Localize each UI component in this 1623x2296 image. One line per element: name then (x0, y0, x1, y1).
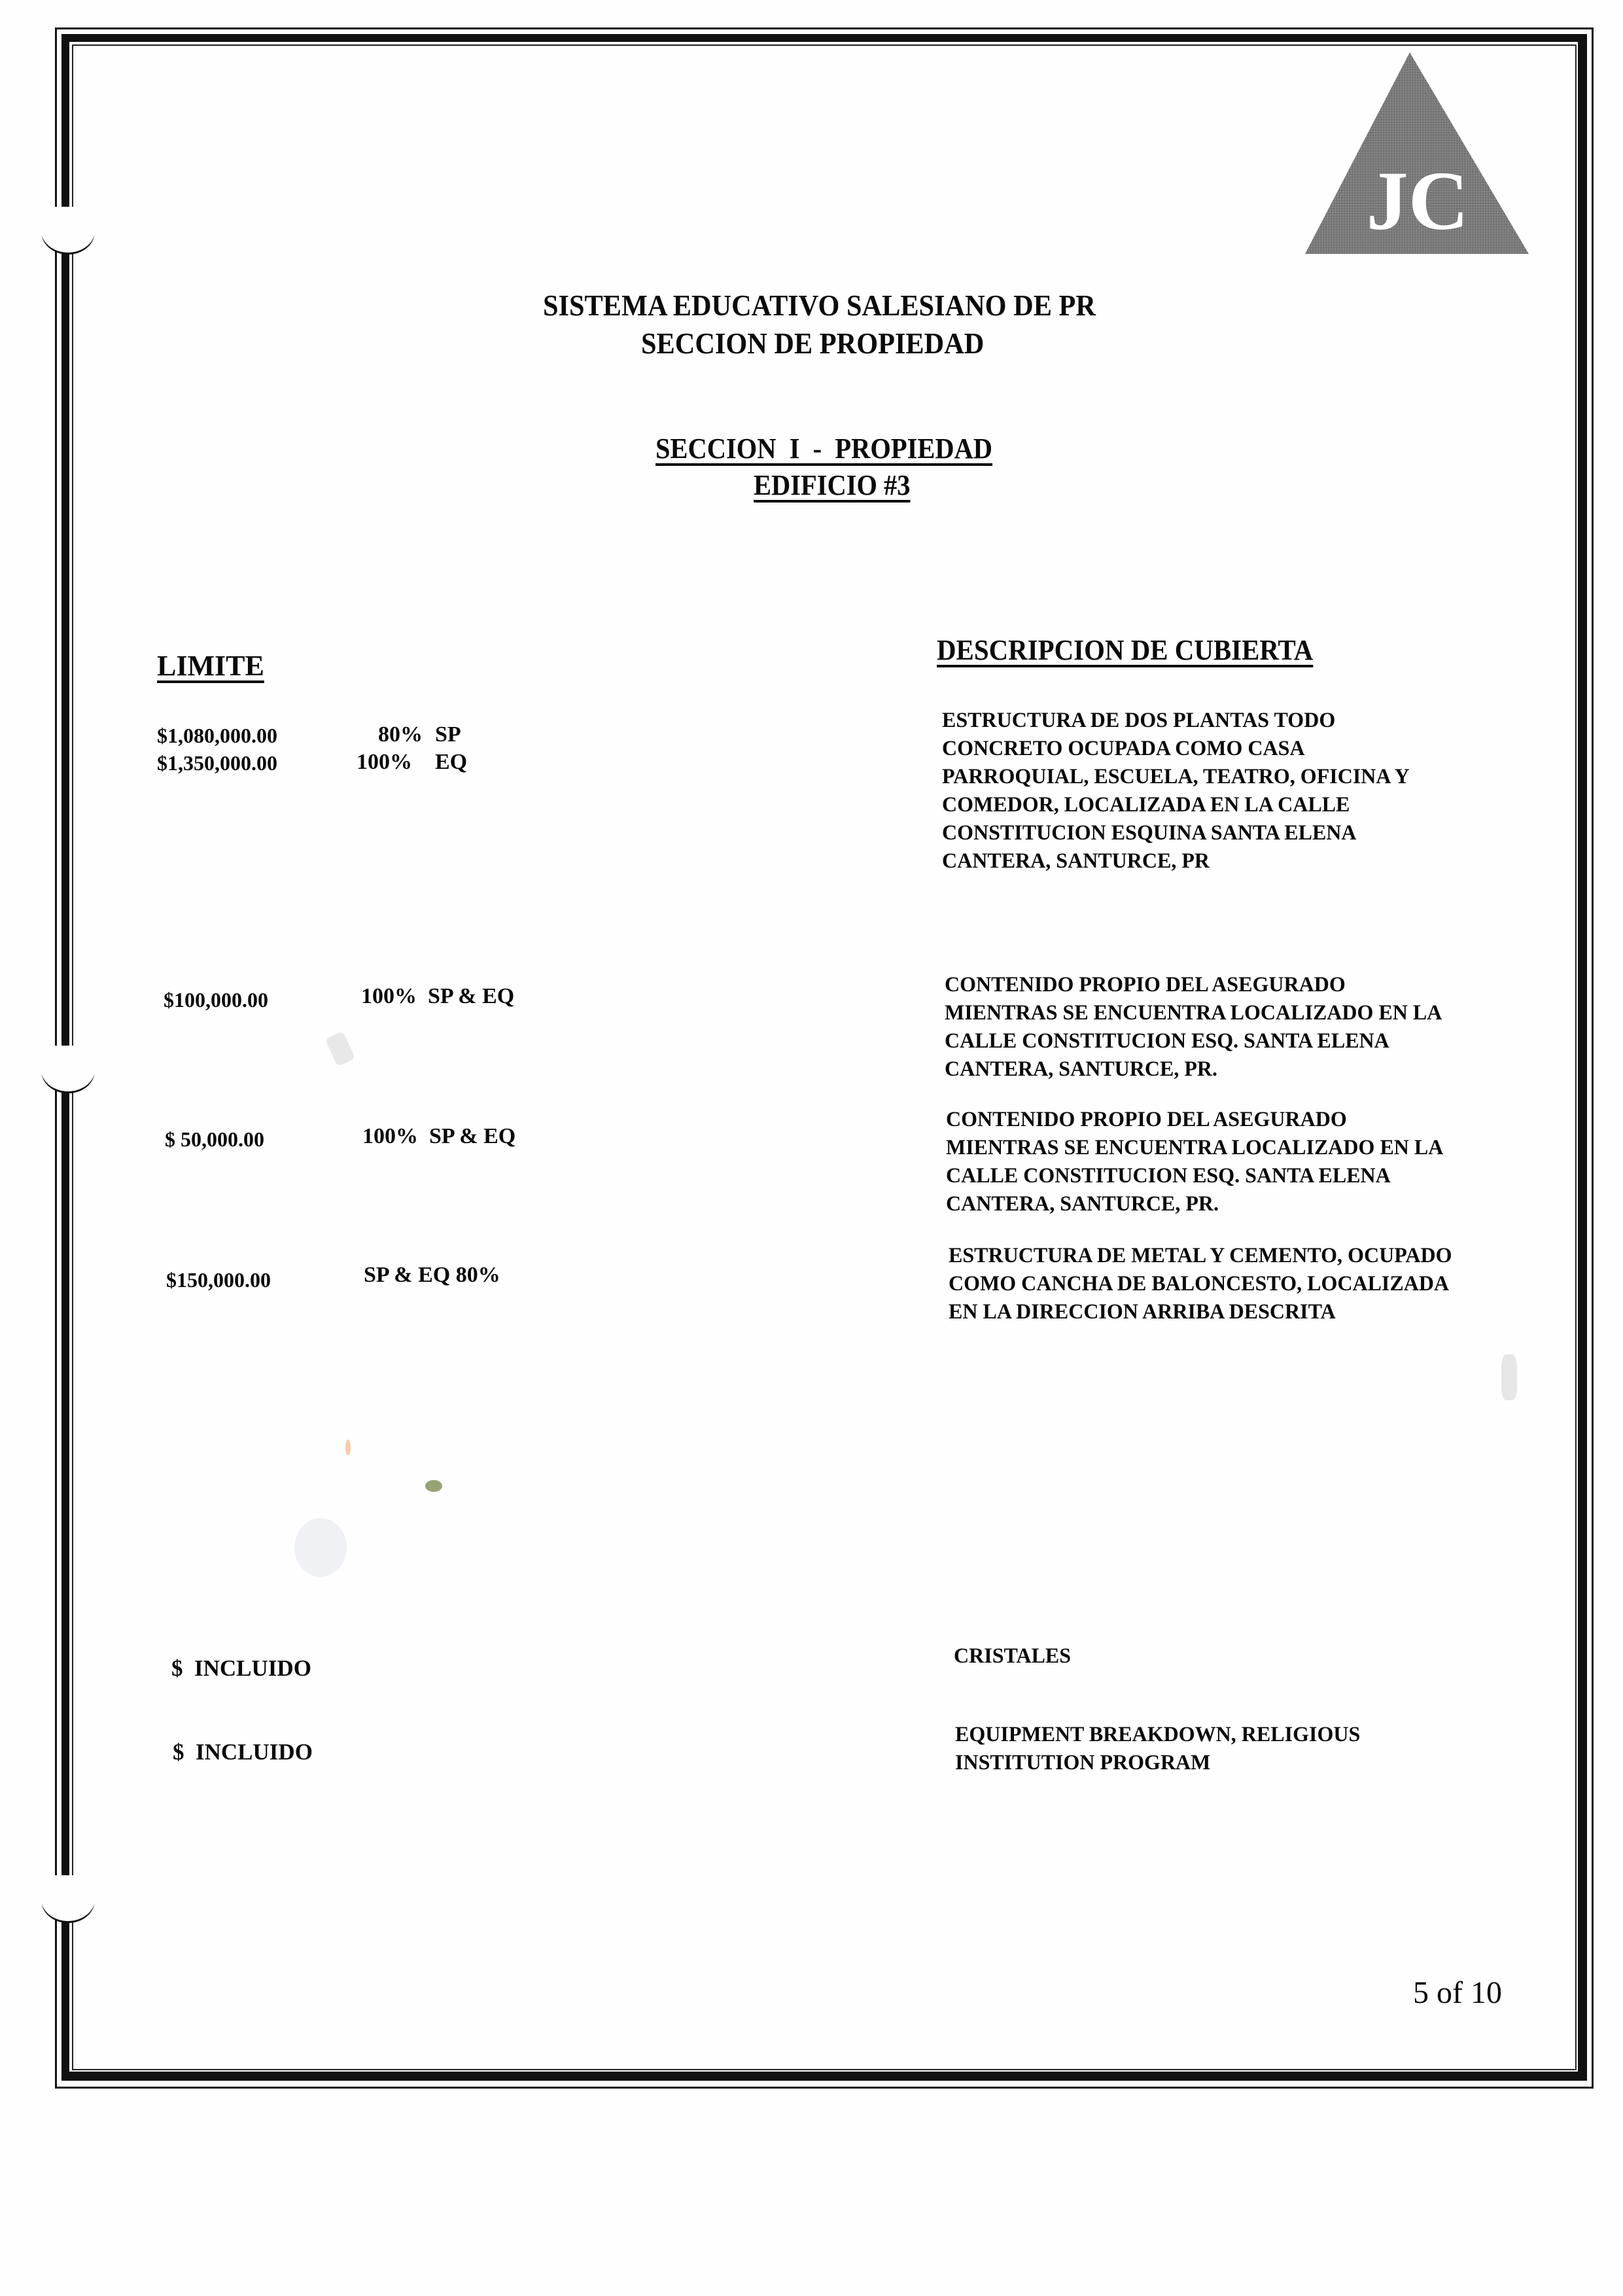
description-column-header: DESCRIPCION DE CUBIERTA (937, 633, 1313, 667)
section-title: SECCION DE PROPIEDAD (641, 326, 984, 361)
org-title: SISTEMA EDUCATIVO SALESIANO DE PR (543, 288, 1096, 323)
limit-column-header: LIMITE (157, 649, 264, 682)
coverage-type: EQ (435, 750, 467, 775)
svg-text:JC: JC (1367, 154, 1469, 247)
limit-amount: $100,000.00 (164, 988, 268, 1012)
jc-logo-icon: JC (1305, 51, 1531, 254)
page-number: 5 of 10 (1413, 1975, 1502, 2011)
scan-speck (425, 1480, 442, 1492)
limit-amount: $ INCLUIDO (171, 1655, 311, 1682)
hole-punch-bottom (41, 1875, 96, 1921)
coverage-description: CONTENIDO PROPIO DEL ASEGURADO MIENTRAS … (946, 1106, 1443, 1218)
subsection-title: SECCION I - PROPIEDAD (655, 432, 992, 465)
coverage-description: CONTENIDO PROPIO DEL ASEGURADO MIENTRAS … (945, 971, 1442, 1084)
limit-amount: $1,350,000.00 (157, 751, 277, 775)
limit-amount: $ 50,000.00 (165, 1127, 264, 1152)
coverage-description: CRISTALES (954, 1642, 1071, 1670)
limit-amount: $150,000.00 (166, 1268, 271, 1292)
building-title: EDIFICIO #3 (754, 468, 911, 502)
limit-amount: $ INCLUIDO (173, 1739, 313, 1765)
coverage-description: ESTRUCTURA DE METAL Y CEMENTO, OCUPADO C… (949, 1242, 1452, 1326)
coinsurance: 100% (357, 750, 412, 775)
hole-punch-top (41, 207, 96, 253)
document-page: JC SISTEMA EDUCATIVO SALESIANO DE PR SEC… (0, 0, 1623, 2296)
hole-punch-middle (41, 1046, 96, 1091)
coverage-terms: 100% SP & EQ (362, 1124, 515, 1149)
scan-smudge (1501, 1354, 1517, 1400)
coverage-description: ESTRUCTURA DE DOS PLANTAS TODO CONCRETO … (942, 707, 1410, 875)
scan-speck (345, 1439, 351, 1455)
limit-amount: $1,080,000.00 (157, 724, 277, 748)
coinsurance: 80% (378, 722, 423, 747)
scan-smudge (294, 1518, 347, 1577)
coverage-terms: 100% SP & EQ (361, 984, 514, 1009)
coverage-description: EQUIPMENT BREAKDOWN, RELIGIOUS INSTITUTI… (955, 1721, 1360, 1777)
coverage-type: SP (435, 722, 461, 747)
coverage-terms: SP & EQ 80% (364, 1263, 500, 1288)
